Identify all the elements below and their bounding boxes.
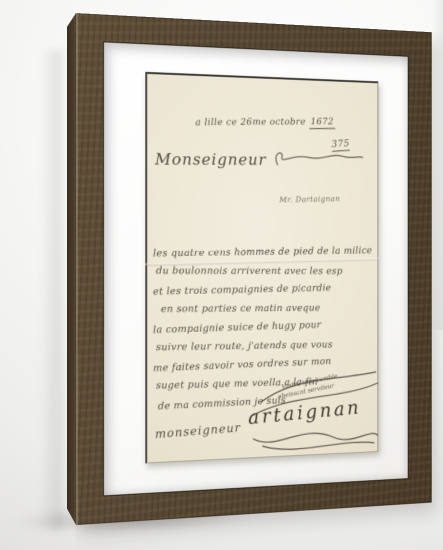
date-year-underlined: 1672 bbox=[309, 117, 336, 129]
closing-word: monseigneur bbox=[155, 421, 241, 441]
letter-paper: a lille ce 26me octobre 1672 375 Monseig… bbox=[145, 72, 378, 464]
letter-date: a lille ce 26me octobre 1672 bbox=[195, 117, 335, 128]
mat-board: a lille ce 26me octobre 1672 375 Monseig… bbox=[103, 41, 409, 496]
salutation: Monseigneur bbox=[155, 147, 365, 169]
body-line: du boulonnois arriverent avec les esp bbox=[156, 261, 372, 280]
docket-note: Mr. Dartaignan bbox=[279, 194, 340, 204]
salutation-flourish bbox=[270, 148, 365, 169]
body-line: les quatre cens hommes de pied de la mil… bbox=[153, 242, 372, 264]
scene: a lille ce 26me octobre 1672 375 Monseig… bbox=[76, 13, 443, 525]
frame-side-panel bbox=[67, 13, 76, 525]
signature-block: Vostre tres humble obeissant serviteur a… bbox=[246, 368, 381, 460]
place-and-date-text: a lille ce 26me octobre bbox=[195, 117, 306, 128]
frame-front-moulding: a lille ce 26me octobre 1672 375 Monseig… bbox=[76, 13, 432, 525]
docket-note-text: Mr. Dartaignan bbox=[279, 194, 340, 204]
picture-frame: a lille ce 26me octobre 1672 375 Monseig… bbox=[76, 13, 432, 525]
closing-word-text: monseigneur bbox=[155, 421, 241, 441]
framed-letter-photo: a lille ce 26me octobre 1672 375 Monseig… bbox=[0, 0, 443, 550]
salutation-text: Monseigneur bbox=[155, 150, 267, 169]
frame-side-shadow bbox=[40, 50, 62, 530]
